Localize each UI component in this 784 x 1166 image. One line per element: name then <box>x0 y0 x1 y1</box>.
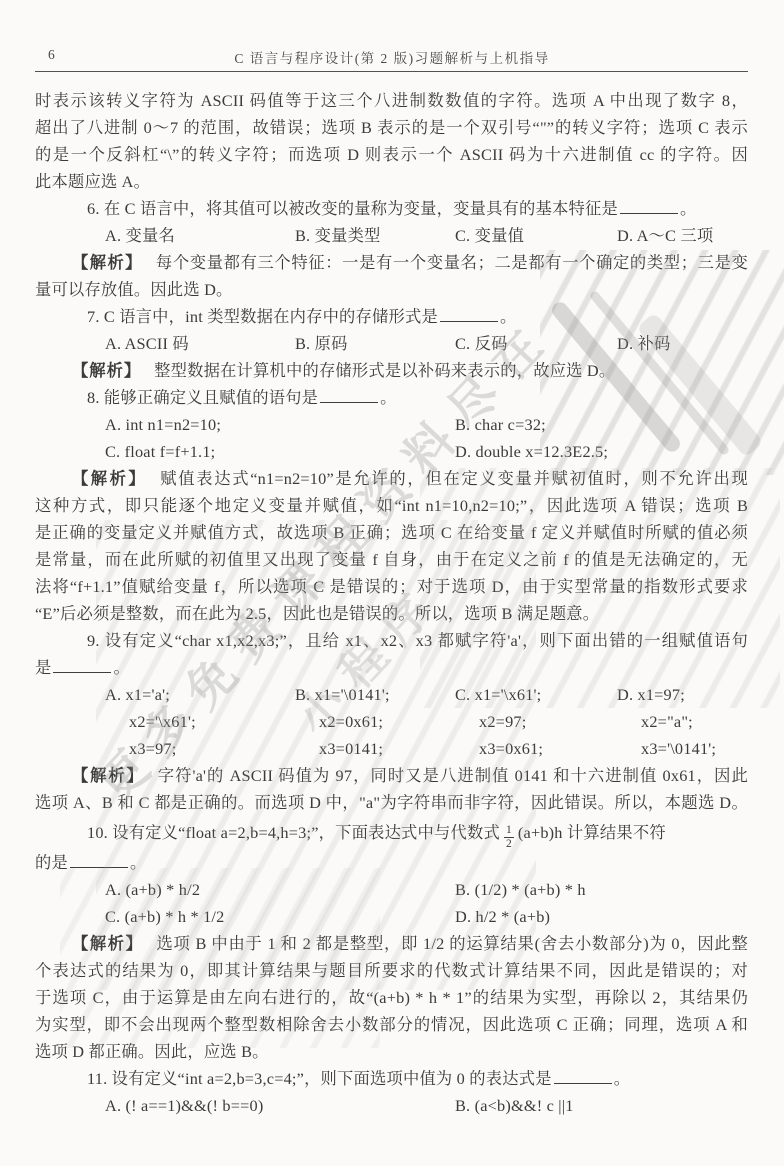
option: D. 补码 <box>617 330 748 357</box>
question-6-stem: 6. 在 C 语言中，将其值可以被改变的量称为变量，变量具有的基本特征是。 <box>35 195 748 222</box>
question-9-options: A. x1='a'; B. x1='\0141'; C. x1='\x61'; … <box>35 681 748 708</box>
blank-underline <box>440 307 498 322</box>
fraction-numerator: 1 <box>504 824 514 837</box>
option: x2="a"; <box>617 708 748 735</box>
analysis-line: 【解析】赋值表达式“n1=n2=10”是允许的，但在定义变量并赋初值时，则不允许… <box>35 465 748 492</box>
analysis-text: 整型数据在计算机中的存储形式是以补码来表示的，故应选 D。 <box>154 361 615 380</box>
question-9-options: x2='\x61'; x2=0x61; x2=97; x2="a"; <box>35 708 748 735</box>
analysis-line: 量可以存放值。因此选 D。 <box>35 276 748 303</box>
question-10-options: C. (a+b) * h * 1/2 D. h/2 * (a+b) <box>35 903 748 930</box>
stem-period: 。 <box>130 853 146 872</box>
question-9-options: x3=97; x3=0141; x3=0x61; x3='\0141'; <box>35 735 748 762</box>
stem-period: 。 <box>680 199 696 218</box>
analysis-line: 【解析】字符'a'的 ASCII 码值为 97，同时又是八进制值 0141 和十… <box>35 762 748 789</box>
option: D. x1=97; <box>617 681 748 708</box>
option: x3='\0141'; <box>617 735 748 762</box>
option: C. x1='\x61'; <box>455 681 617 708</box>
stem-period: 。 <box>380 388 396 407</box>
analysis-label: 【解析】 <box>72 766 145 785</box>
question-8-stem: 8. 能够正确定义且赋值的语句是。 <box>35 384 748 411</box>
option: x3=0x61; <box>455 735 617 762</box>
stem-period: 。 <box>500 307 516 326</box>
option: B. char c=32; <box>455 411 748 438</box>
question-8-options: C. float f=f+1.1; D. double x=12.3E2.5; <box>35 438 748 465</box>
stem-text: 6. 在 C 语言中，将其值可以被改变的量称为变量，变量具有的基本特征是 <box>87 199 618 218</box>
option: D. double x=12.3E2.5; <box>455 438 748 465</box>
option: D. A～C 三项 <box>617 222 748 249</box>
question-10-options: A. (a+b) * h/2 B. (1/2) * (a+b) * h <box>35 876 748 903</box>
question-11-stem: 11. 设有定义“int a=2,b=3,c=4;”，则下面选项中值为 0 的表… <box>35 1065 748 1092</box>
question-6-options: A. 变量名 B. 变量类型 C. 变量值 D. A～C 三项 <box>35 222 748 249</box>
option: D. h/2 * (a+b) <box>455 903 748 930</box>
stem-text: 8. 能够正确定义且赋值的语句是 <box>87 388 318 407</box>
option: C. 变量值 <box>455 222 617 249</box>
fraction-one-half: 12 <box>504 824 514 850</box>
analysis-label: 【解析】 <box>72 361 141 380</box>
question-10-stem: 的是。 <box>35 849 748 876</box>
stem-text: 的是 <box>35 853 68 872</box>
question-9-stem: 是。 <box>35 654 748 681</box>
analysis-line: 选项 D 都正确。因此，应选 B。 <box>35 1038 748 1065</box>
option: B. (1/2) * (a+b) * h <box>455 876 748 903</box>
analysis-label: 【解析】 <box>72 934 143 953</box>
option: x3=0141; <box>295 735 455 762</box>
header-rule <box>35 71 748 72</box>
stem-text: 11. 设有定义“int a=2,b=3,c=4;”，则下面选项中值为 0 的表… <box>87 1069 552 1088</box>
option: C. float f=f+1.1; <box>105 438 455 465</box>
analysis-text: 每个变量都有三个特征：一是有一个变量名；二是都有一个确定的类型；三是变 <box>156 253 748 272</box>
question-11-options: A. (! a==1)&&(! b==0) B. (a<b)&&! c ||1 <box>35 1092 748 1119</box>
question-7-stem: 7. C 语言中，int 类型数据在内存中的存储形式是。 <box>35 303 748 330</box>
intro-line: 时表示该转义字符为 ASCII 码值等于这三个八进制数数值的字符。选项 A 中出… <box>35 87 748 114</box>
question-7-options: A. ASCII 码 B. 原码 C. 反码 D. 补码 <box>35 330 748 357</box>
analysis-line: 法将“f+1.1”值赋给变量 f，所以选项 C 是错误的；对于选项 D，由于实型… <box>35 573 748 600</box>
option: x2='\x61'; <box>105 708 295 735</box>
blank-underline <box>320 388 378 403</box>
analysis-label: 【解析】 <box>72 469 147 488</box>
option: B. 原码 <box>295 330 455 357</box>
book-page: 6 C 语言与程序设计(第 2 版)习题解析与上机指导 时表示该转义字符为 AS… <box>0 0 784 1166</box>
intro-line: 的是一个反斜杠“\”的转义字符；而选项 D 则表示一个 ASCII 码为十六进制… <box>35 141 748 168</box>
analysis-label: 【解析】 <box>72 253 143 272</box>
blank-underline <box>554 1069 612 1084</box>
option: x2=97; <box>455 708 617 735</box>
fraction-denominator: 2 <box>504 837 514 851</box>
stem-text: 是 <box>35 658 51 677</box>
option: A. ASCII 码 <box>105 330 295 357</box>
page-body: 时表示该转义字符为 ASCII 码值等于这三个八进制数数值的字符。选项 A 中出… <box>35 87 748 1119</box>
option: B. 变量类型 <box>295 222 455 249</box>
blank-underline <box>620 199 678 214</box>
intro-line: 超出了八进制 0～7 的范围，故错误；选项 B 表示的是一个双引号“"”的转义字… <box>35 114 748 141</box>
analysis-line: 【解析】整型数据在计算机中的存储形式是以补码来表示的，故应选 D。 <box>35 357 748 384</box>
option: x2=0x61; <box>295 708 455 735</box>
option: C. (a+b) * h * 1/2 <box>105 903 455 930</box>
option: x3=97; <box>105 735 295 762</box>
analysis-line: 个表达式的结果为 0，即其计算结果与题目所要求的代数式计算结果不同，因此是错误的… <box>35 957 748 984</box>
option: A. x1='a'; <box>105 681 295 708</box>
option: B. (a<b)&&! c ||1 <box>455 1092 748 1119</box>
question-10-stem: 10. 设有定义“float a=2,b=4,h=3;”，下面表达式中与代数式1… <box>35 816 748 849</box>
stem-text: 7. C 语言中，int 类型数据在内存中的存储形式是 <box>87 307 438 326</box>
option: B. x1='\0141'; <box>295 681 455 708</box>
blank-underline <box>70 853 128 868</box>
analysis-line: 为实型，即不会出现两个整型数相除舍去小数部分的情况，因此选项 C 正确；同理，选… <box>35 1011 748 1038</box>
analysis-text: 选项 B 中由于 1 和 2 都是整型，即 1/2 的运算结果(舍去小数部分)为… <box>156 934 748 953</box>
intro-line: 此本题应选 A。 <box>35 168 748 195</box>
analysis-line: 这种方式，即只能逐个地定义变量并赋值，如“int n1=10,n2=10;”，因… <box>35 492 748 519</box>
analysis-line: 是常量，而在此所赋的初值里又出现了变量 f 自身，由于在定义之前 f 的值是无法… <box>35 546 748 573</box>
stem-text: (a+b)h 计算结果不符 <box>518 823 666 842</box>
analysis-line: 于选项 C，由于运算是由左向右进行的，故“(a+b) * h * 1”的结果为实… <box>35 984 748 1011</box>
option: C. 反码 <box>455 330 617 357</box>
option: A. (! a==1)&&(! b==0) <box>105 1092 455 1119</box>
analysis-line: 【解析】选项 B 中由于 1 和 2 都是整型，即 1/2 的运算结果(舍去小数… <box>35 930 748 957</box>
running-title: C 语言与程序设计(第 2 版)习题解析与上机指导 <box>0 47 784 67</box>
analysis-text: 字符'a'的 ASCII 码值为 97，同时又是八进制值 0141 和十六进制值… <box>158 766 748 785</box>
analysis-line: 选项 A、B 和 C 都是正确的。而选项 D 中，"a"为字符串而非字符，因此错… <box>35 789 748 816</box>
option: A. 变量名 <box>105 222 295 249</box>
stem-period: 。 <box>614 1069 630 1088</box>
analysis-text: 赋值表达式“n1=n2=10”是允许的，但在定义变量并赋初值时，则不允许出现 <box>160 469 748 488</box>
analysis-line: 是正确的变量定义并赋值方式，故选项 B 正确；选项 C 在给变量 f 定义并赋值… <box>35 519 748 546</box>
analysis-line: 【解析】每个变量都有三个特征：一是有一个变量名；二是都有一个确定的类型；三是变 <box>35 249 748 276</box>
option: A. (a+b) * h/2 <box>105 876 455 903</box>
blank-underline <box>53 658 111 673</box>
stem-text: 10. 设有定义“float a=2,b=4,h=3;”，下面表达式中与代数式 <box>87 823 500 842</box>
analysis-line: “E”后必须是整数，而在此为 2.5，因此也是错误的。所以，选项 B 满足题意。 <box>35 600 748 627</box>
option: A. int n1=n2=10; <box>105 411 455 438</box>
stem-period: 。 <box>113 658 129 677</box>
question-8-options: A. int n1=n2=10; B. char c=32; <box>35 411 748 438</box>
question-9-stem: 9. 设有定义“char x1,x2,x3;”，且给 x1、x2、x3 都赋字符… <box>35 627 748 654</box>
